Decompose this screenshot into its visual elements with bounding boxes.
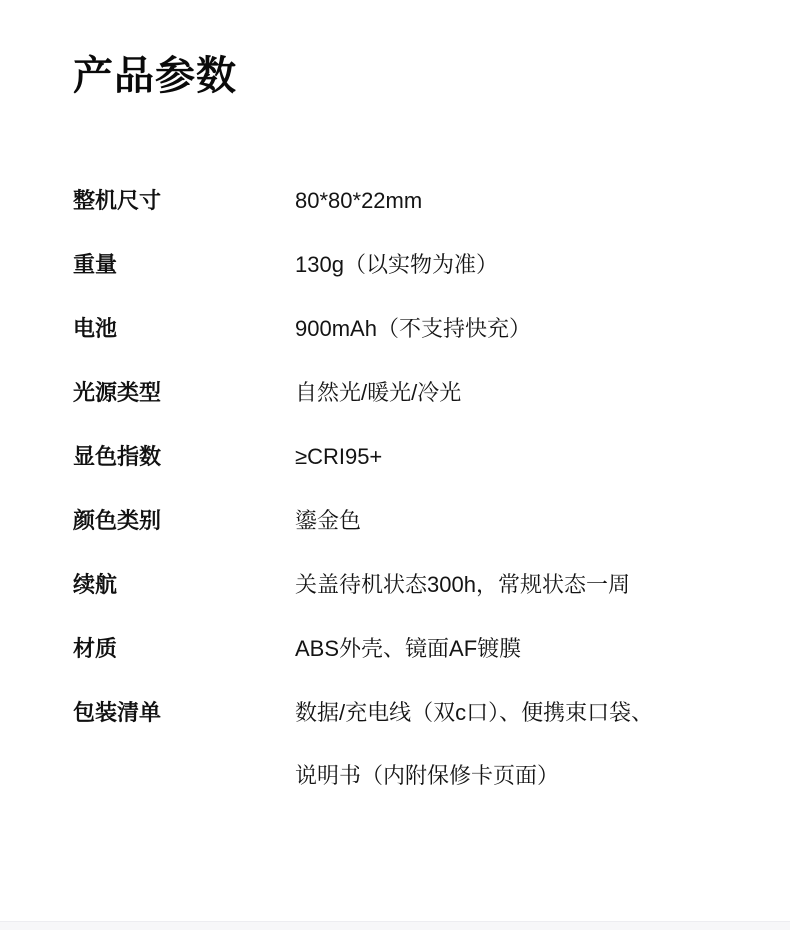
spec-value: 900mAh（不支持快充） <box>295 317 750 341</box>
spec-label: 电池 <box>73 317 295 341</box>
spec-row: 光源类型 自然光/暖光/冷光 <box>73 381 750 405</box>
spec-row: 颜色类别 鎏金色 <box>73 509 750 533</box>
spec-value: 数据/充电线（双c口）、便携束口袋、说明书（内附保修卡页面） <box>295 701 750 788</box>
spec-value: ABS外壳、镜面AF镀膜 <box>295 637 750 661</box>
spec-label: 整机尺寸 <box>73 189 295 213</box>
spec-row: 电池 900mAh（不支持快充） <box>73 317 750 341</box>
spec-row: 包装清单 数据/充电线（双c口）、便携束口袋、说明书（内附保修卡页面） <box>73 701 750 788</box>
spec-value: 鎏金色 <box>295 509 750 533</box>
spec-label: 颜色类别 <box>73 509 295 533</box>
footer-strip <box>0 921 790 930</box>
spec-label: 光源类型 <box>73 381 295 405</box>
spec-value: ≥CRI95+ <box>295 445 750 469</box>
spec-value: 自然光/暖光/冷光 <box>295 381 750 405</box>
spec-value: 80*80*22mm <box>295 189 750 213</box>
spec-label: 显色指数 <box>73 445 295 469</box>
spec-value: 130g（以实物为准） <box>295 253 750 277</box>
spec-value-line: 鎏金色 <box>295 509 750 533</box>
spec-value-line: 关盖待机状态300h，常规状态一周 <box>295 573 750 597</box>
spec-row: 续航 关盖待机状态300h，常规状态一周 <box>73 573 750 597</box>
spec-value-line: 说明书（内附保修卡页面） <box>295 764 750 788</box>
spec-label: 材质 <box>73 637 295 661</box>
spec-row: 材质 ABS外壳、镜面AF镀膜 <box>73 637 750 661</box>
spec-label: 包装清单 <box>73 701 295 725</box>
spec-value-line: 数据/充电线（双c口）、便携束口袋、 <box>295 701 750 725</box>
spec-value-line: ≥CRI95+ <box>295 445 750 469</box>
spec-value-line: 130g（以实物为准） <box>295 253 750 277</box>
spec-label: 续航 <box>73 573 295 597</box>
product-spec-page: 产品参数 整机尺寸 80*80*22mm 重量 130g（以实物为准） 电池 9… <box>0 0 790 930</box>
spec-row: 整机尺寸 80*80*22mm <box>73 189 750 213</box>
spec-value: 关盖待机状态300h，常规状态一周 <box>295 573 750 597</box>
spec-value-line: 自然光/暖光/冷光 <box>295 381 750 405</box>
spec-table: 整机尺寸 80*80*22mm 重量 130g（以实物为准） 电池 900mAh… <box>73 189 750 788</box>
spec-label: 重量 <box>73 253 295 277</box>
page-title: 产品参数 <box>73 52 750 100</box>
spec-value-line: 80*80*22mm <box>295 189 750 213</box>
spec-row: 重量 130g（以实物为准） <box>73 253 750 277</box>
spec-value-line: ABS外壳、镜面AF镀膜 <box>295 637 750 661</box>
spec-row: 显色指数 ≥CRI95+ <box>73 445 750 469</box>
spec-value-line: 900mAh（不支持快充） <box>295 317 750 341</box>
